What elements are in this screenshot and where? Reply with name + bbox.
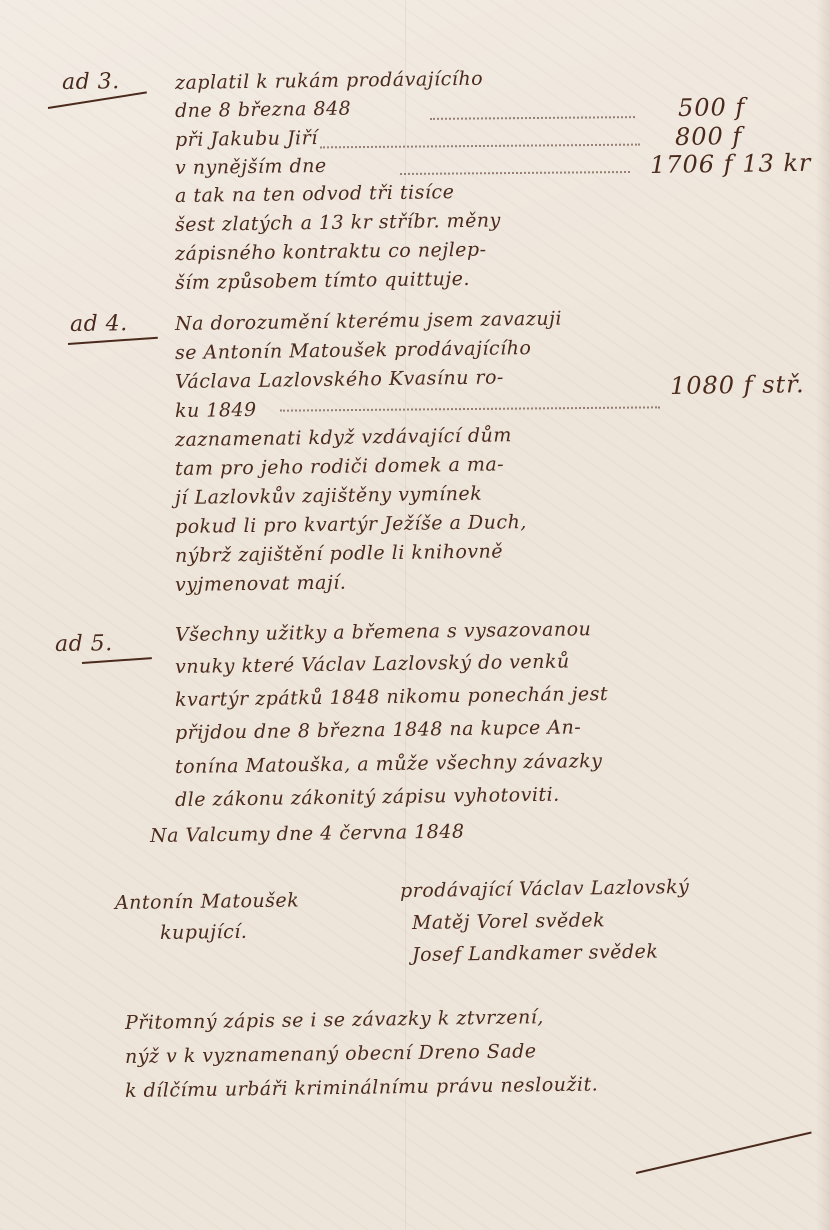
buyer-role: kupující.	[160, 921, 248, 944]
text-line: Na dorozumění kterému jsem zavazuji	[175, 308, 562, 335]
closing-line: k dílčímu urbáři kriminálnímu právu nesl…	[125, 1073, 598, 1102]
text-line: nýbrž zajištění podle li knihovně	[175, 540, 503, 567]
text-line: Václava Lazlovského Kvasínu ro-	[175, 366, 504, 393]
text-line: vnuky které Václav Lazlovský do venků	[175, 650, 570, 678]
text-line: při Jakubu Jiří	[175, 127, 318, 151]
text-line: Všechny užitky a břemena s vysazovanou	[175, 618, 592, 646]
closing-line: nýž v k vyznamenaný obecní Dreno Sade	[125, 1040, 537, 1068]
buyer-signature: Antonín Matoušek	[115, 889, 300, 914]
text-line: a tak na ten odvod tři tisíce	[175, 181, 455, 207]
text-line: vyjmenovat mají.	[175, 572, 347, 596]
witness-signature: Josef Landkamer svědek	[412, 941, 659, 966]
label-underline	[68, 337, 158, 345]
amount-value: 800 f	[675, 122, 743, 151]
amount-value: 1706 f 13 kr	[650, 149, 812, 179]
amount-value: 1080 f stř.	[670, 370, 805, 400]
text-line: v nynějším dne	[175, 155, 327, 179]
text-line: se Antonín Matoušek prodávajícího	[175, 337, 532, 364]
manuscript-page: ad 3. zaplatil k rukám prodávajícího dne…	[0, 0, 830, 1230]
date-line: Na Valcumy dne 4 června 1848	[150, 821, 465, 847]
leader-dots	[400, 171, 630, 175]
text-line: zaplatil k rukám prodávajícího	[175, 68, 483, 94]
leader-dots	[430, 116, 635, 120]
text-line: pokud li pro kvartýr Ježíše a Duch,	[175, 511, 527, 538]
text-line: přijdou dne 8 března 1848 na kupce An-	[175, 716, 581, 744]
closing-flourish	[636, 1132, 812, 1174]
text-line: dne 8 března 848	[175, 98, 351, 122]
seller-signature: prodávající Václav Lazlovský	[400, 876, 690, 902]
leader-dots	[320, 144, 640, 149]
text-line: zaznamenati když vzdávající dům	[175, 424, 512, 451]
amount-value: 500 f	[678, 93, 746, 122]
leader-dots	[280, 406, 660, 411]
witness-signature: Matěj Vorel svědek	[412, 909, 605, 934]
text-line: ku 1849	[175, 399, 257, 422]
section-label-3: ad 3.	[62, 69, 120, 95]
text-line: ším způsobem tímto quittuje.	[175, 268, 470, 294]
text-line: dle zákonu zákonitý zápisu vyhotoviti.	[175, 784, 560, 811]
text-line: šest zlatých a 13 kr stříbr. měny	[175, 209, 501, 236]
text-line: kvartýr zpátků 1848 nikomu ponechán jest	[175, 683, 608, 711]
label-underline	[82, 657, 152, 664]
text-line: tonína Matouška, a může všechny závazky	[175, 750, 603, 778]
paper-edge-shadow	[816, 0, 830, 1230]
text-line: jí Lazlovkův zajištěny vymínek	[175, 483, 483, 509]
section-label-5: ad 5.	[55, 631, 113, 657]
closing-line: Přitomný zápis se i se závazky k ztvrzen…	[125, 1006, 544, 1034]
section-label-4: ad 4.	[70, 311, 128, 337]
text-line: zápisného kontraktu co nejlep-	[175, 239, 487, 265]
text-line: tam pro jeho rodiči domek a ma-	[175, 453, 504, 480]
